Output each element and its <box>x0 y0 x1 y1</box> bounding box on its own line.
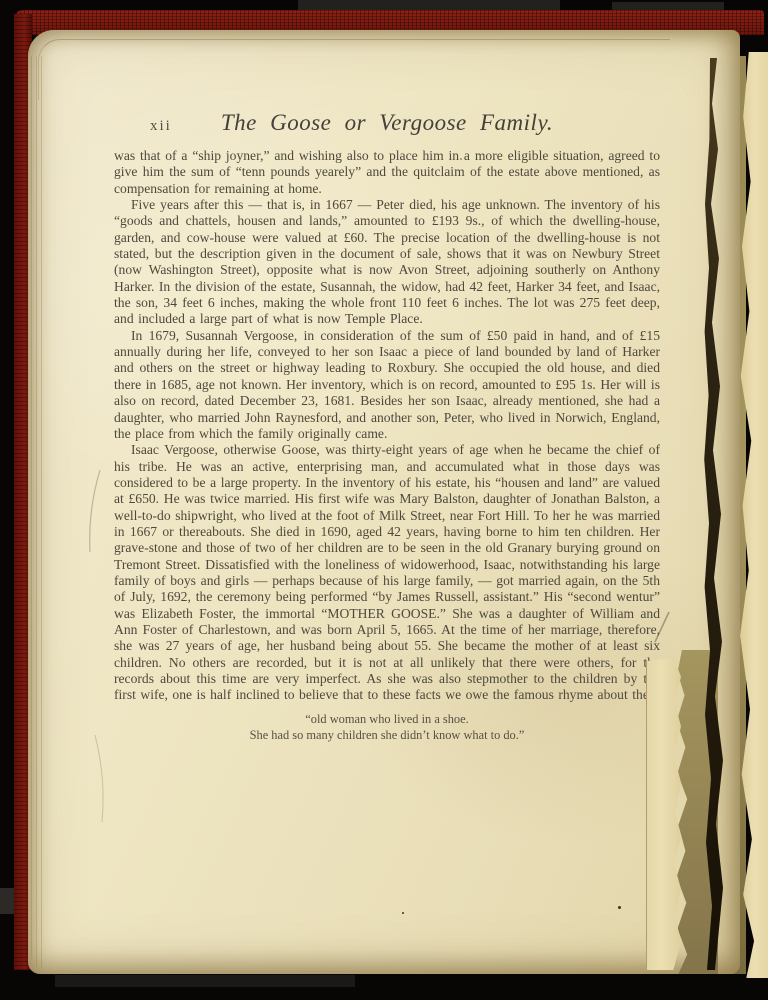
verse-line-1: “old woman who lived in a shoe. <box>114 711 660 728</box>
paragraph-2: Five years after this — that is, in 1667… <box>114 197 660 328</box>
verse-quote: “old woman who lived in a shoe. She had … <box>114 711 660 744</box>
book-scan: xii The Goose or Vergoose Family. was th… <box>0 0 768 1000</box>
book-page: xii The Goose or Vergoose Family. was th… <box>28 30 740 974</box>
page-edge-stack-lines <box>31 56 45 968</box>
paragraph-4: Isaac Vergoose, otherwise Goose, was thi… <box>114 442 660 704</box>
page-content: xii The Goose or Vergoose Family. was th… <box>114 110 660 744</box>
ink-speck <box>618 906 621 909</box>
paragraph-1: was that of a “ship joyner,” and wishing… <box>114 148 660 197</box>
paragraph-3: In 1679, Susannah Vergoose, in considera… <box>114 328 660 442</box>
page-header: xii The Goose or Vergoose Family. <box>114 110 660 144</box>
scanner-bed-patch <box>55 975 355 987</box>
page-corner-crease <box>38 39 670 100</box>
body-text: was that of a “ship joyner,” and wishing… <box>114 148 660 704</box>
ink-speck <box>460 158 462 160</box>
ink-speck <box>402 912 404 914</box>
running-title: The Goose or Vergoose Family. <box>114 110 660 136</box>
page-number: xii <box>150 118 172 135</box>
verse-line-2: She had so many children she didn’t know… <box>114 727 660 744</box>
scanner-bed-patch <box>298 0 560 10</box>
